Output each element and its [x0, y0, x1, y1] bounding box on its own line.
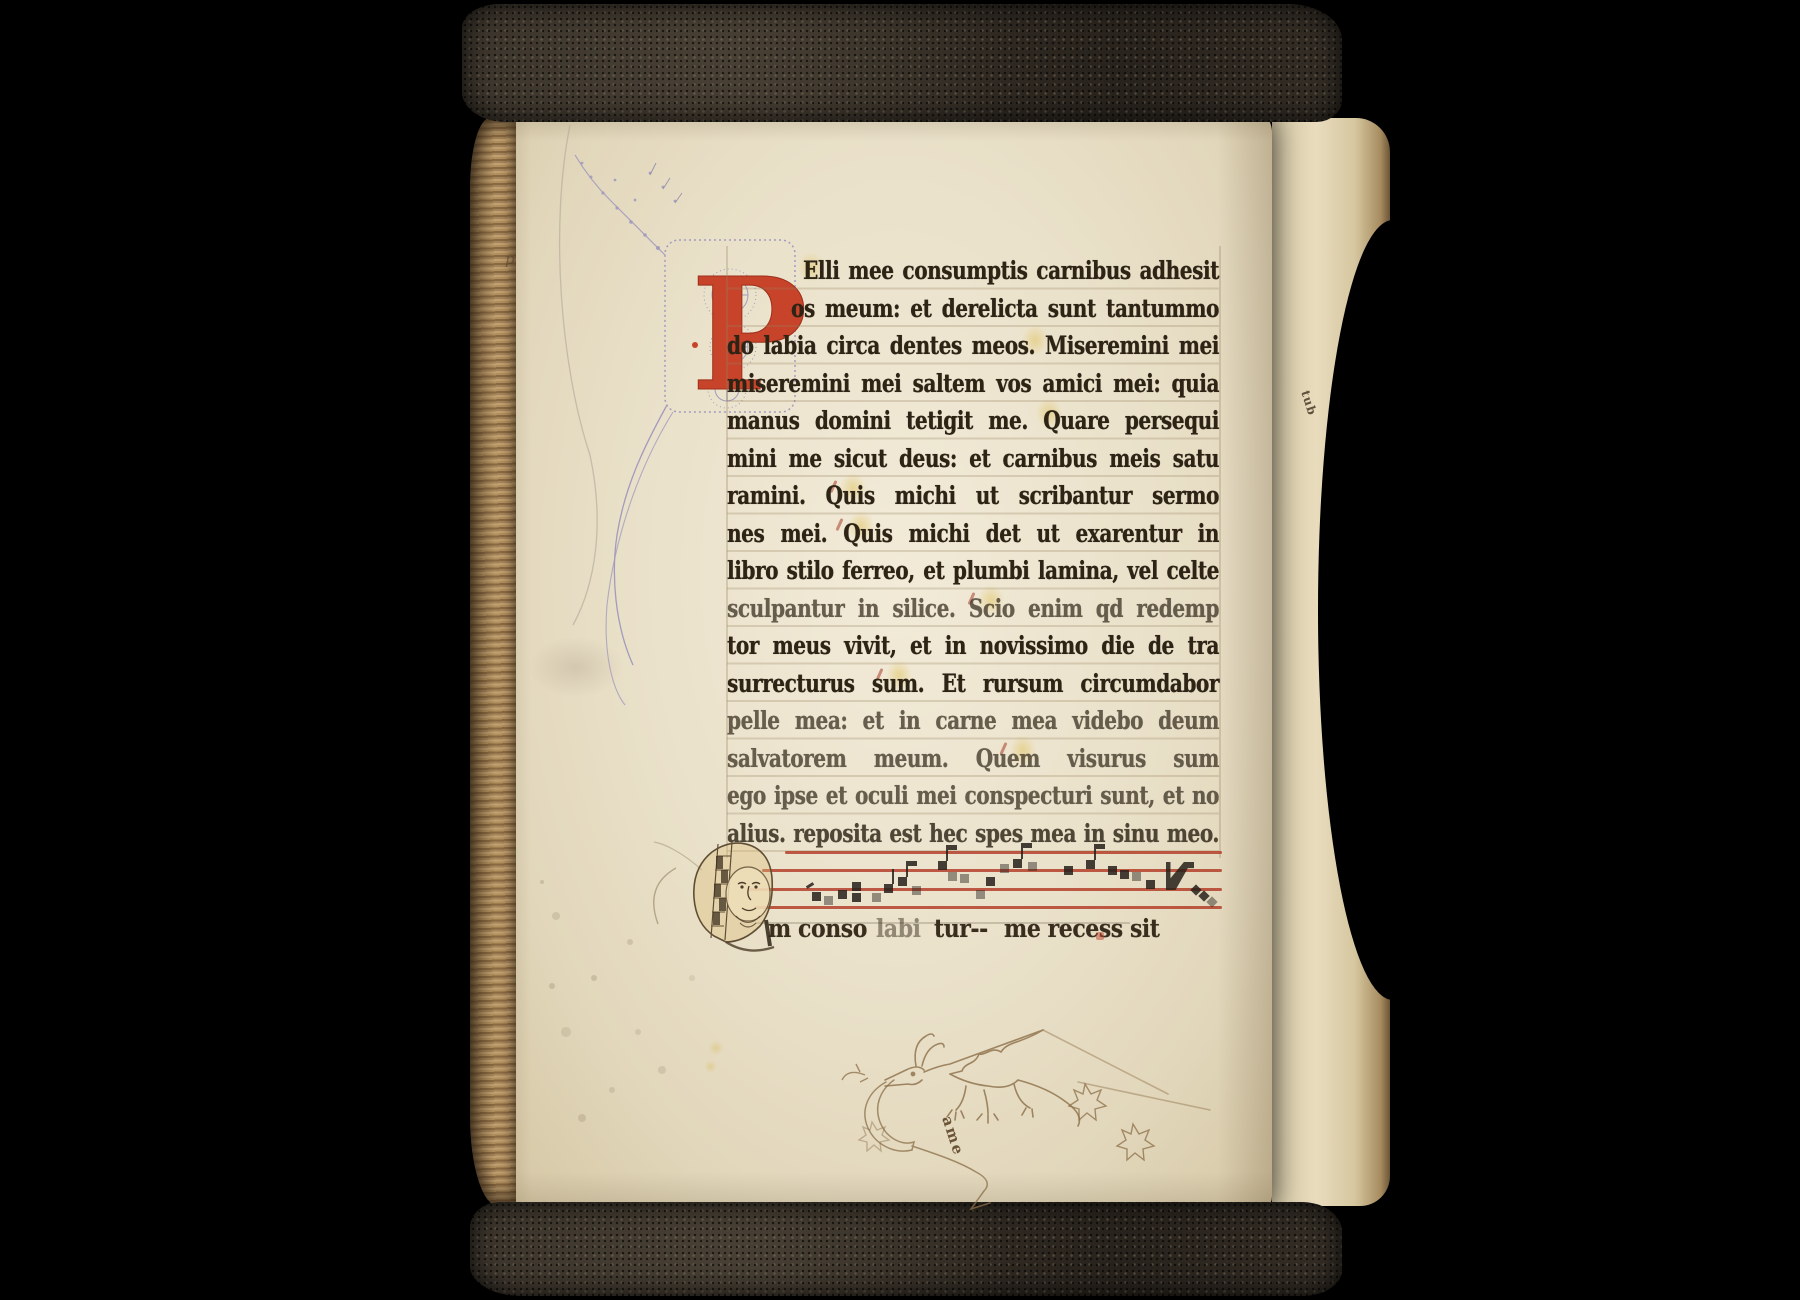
- neume-flag: [898, 877, 907, 886]
- neume-punctum: [824, 896, 833, 905]
- manuscript-line: miseremini mei saltem vos amici mei: qui…: [727, 365, 1219, 403]
- manuscript-line: mini me sicut deus: et carnibus meis sat…: [727, 440, 1219, 478]
- hooded-head-doodle: [648, 828, 818, 958]
- edge-letter-mark: p: [505, 250, 515, 268]
- wax-spot: [704, 1060, 717, 1073]
- manuscript-line: salvatorem meum. Quem visurus sum: [727, 740, 1219, 778]
- banderole-letters: ame: [938, 1114, 968, 1159]
- neume-punctum: [912, 886, 921, 895]
- parchment-speckles: [540, 880, 544, 884]
- manuscript-line: nes mei. Quis michi det ut exarentur in: [727, 515, 1219, 553]
- neume-flag: [1013, 859, 1022, 868]
- page-edge-curve-mask: [1318, 220, 1468, 1000]
- manuscript-line: sculpantur in silice. Scio enim qd redem…: [727, 590, 1219, 628]
- manuscript-line: pelle mea: et in carne mea videbo deum: [727, 702, 1219, 740]
- neume-flag: [1086, 860, 1095, 869]
- neume-punctum: [1064, 866, 1073, 875]
- neume-punctum: [948, 872, 957, 881]
- manuscript-line: Elli mee consumptis carnibus adhesit: [803, 252, 1219, 290]
- neume-punctum: [872, 893, 881, 902]
- chant-syllable: tur--: [934, 914, 988, 943]
- chant-syllable: labi: [876, 914, 921, 943]
- manuscript-text-block: Elli mee consumptis carnibus adhesitos m…: [727, 252, 1219, 852]
- manuscript-photo: P Elli mee consumptis carnibus adhesitos…: [0, 0, 1800, 1300]
- dragon-doodle: ame: [838, 1022, 1218, 1212]
- staff-line: [785, 851, 1222, 854]
- chant-red-mark: [1096, 932, 1104, 940]
- manuscript-line: libro stilo ferreo, et plumbi lamina, ve…: [727, 552, 1219, 590]
- neume-punctum: [1120, 870, 1129, 879]
- chant-syllable: me recess sit: [1004, 914, 1160, 943]
- neume-punctum: [1028, 862, 1037, 871]
- neume-punctum: [976, 890, 985, 899]
- neume-punctum: [1108, 866, 1117, 875]
- neume-flag: [938, 861, 947, 870]
- neume-virga: [884, 884, 893, 893]
- neume-punctum: [986, 877, 995, 886]
- ruling-line: [1219, 246, 1221, 858]
- page-edges-stack: [470, 118, 516, 1206]
- neume-punctum: [838, 890, 847, 899]
- neume-punctum: [1146, 880, 1155, 889]
- manuscript-line: do labia circa dentes meos. Miseremini m…: [727, 327, 1219, 365]
- manuscript-line: ego ipse et oculi mei conspecturi sunt, …: [727, 777, 1219, 815]
- neume-punctum: [960, 874, 969, 883]
- book-cover-bottom: [470, 1202, 1342, 1296]
- staff-line: [762, 869, 1222, 872]
- manuscript-line: ramini. Quis michi ut scribantur sermo: [727, 477, 1219, 515]
- manuscript-line: surrecturus sum. Et rursum circumdabor: [727, 665, 1219, 703]
- manuscript-line: os meum: et derelicta sunt tantummo: [791, 290, 1219, 328]
- neume-punctum: [1132, 872, 1141, 881]
- staff-line: [754, 906, 1222, 909]
- manuscript-line: tor meus vivit, et in novissimo die de t…: [727, 627, 1219, 665]
- wax-spot: [708, 1040, 724, 1056]
- manuscript-line: manus domini tetigit me. Quare persequi: [727, 402, 1219, 440]
- neume-punctum: [1000, 864, 1009, 873]
- neume-pes: [852, 893, 861, 902]
